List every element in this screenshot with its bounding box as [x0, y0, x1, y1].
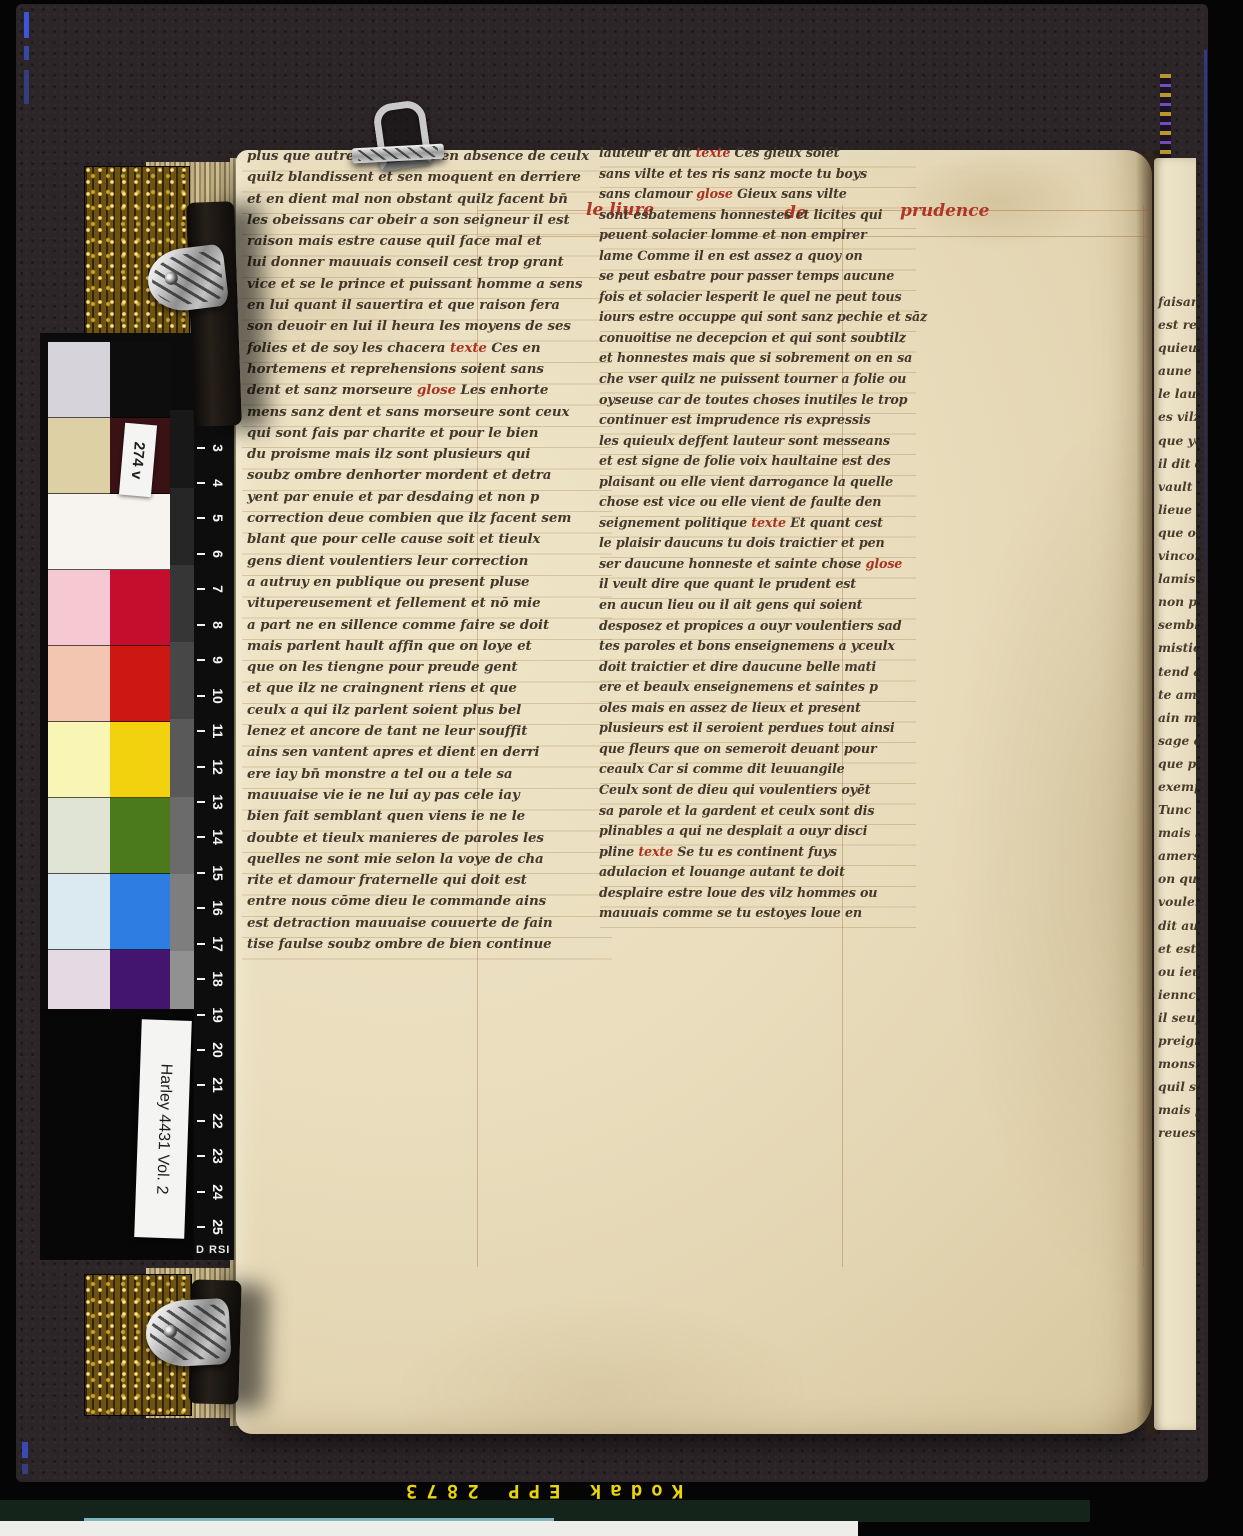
- facing-page-line: que par celle: [1158, 752, 1196, 775]
- facing-page-line: il dit dire que: [1158, 452, 1196, 475]
- manuscript-line: son deuoir en lui il heura les moyens de…: [247, 316, 609, 337]
- ruler-tick: [197, 907, 205, 909]
- manuscript-line: lame Comme il en est assez a quoy on: [599, 246, 909, 267]
- ruler-number: 25: [210, 1219, 226, 1235]
- manuscript-line: continuer est imprudence ris expressis: [599, 410, 909, 431]
- ruler-number: 20: [210, 1042, 226, 1058]
- manuscript-line: a part ne en sillence comme faire se doi…: [247, 615, 609, 636]
- film-corner-mark: [24, 70, 29, 104]
- facing-page-line: mistie car am: [1158, 636, 1196, 659]
- grayscale-step: [170, 874, 194, 951]
- film-corner-mark: [22, 1442, 28, 1458]
- ruler-row: 12: [194, 749, 234, 784]
- manuscript-line: lui donner mauuais conseil cest trop gra…: [247, 252, 609, 273]
- color-patch: [110, 722, 170, 798]
- ruler-tick: [197, 872, 205, 874]
- ruler-tick: [197, 978, 205, 980]
- manuscript-line: iours estre occuppe qui sont sanz pechie…: [599, 307, 909, 328]
- color-patch: [110, 494, 170, 570]
- facing-page-line: quieulx les pr: [1158, 336, 1196, 359]
- ruler-row: 4: [194, 465, 234, 500]
- ruler-number: 14: [210, 829, 226, 845]
- manuscript-line: tise faulse soubz ombre de bien continue: [247, 934, 609, 955]
- color-patch: [48, 722, 110, 798]
- ruler-row: 5: [194, 501, 234, 536]
- ruler-row: 6: [194, 536, 234, 571]
- facing-page-line: iennce aucun: [1158, 983, 1196, 1006]
- facing-page-line: et est bn̄ des d: [1158, 937, 1196, 960]
- manuscript-line: soubz ombre denhorter mordent et detra: [247, 465, 609, 486]
- film-corner-mark: [24, 46, 29, 60]
- color-patch-column-left: [48, 342, 110, 1026]
- rubric-word: texte: [638, 844, 673, 859]
- manuscript-line: lauteur et dit texte Ces gieux soiēt: [599, 143, 909, 164]
- manuscript-line: que fleurs que on semeroit deuant pour: [599, 739, 909, 760]
- facing-page-line: vincore laucte: [1158, 544, 1196, 567]
- manuscript-line: que on les tiengne pour preude gent: [247, 657, 609, 678]
- manuscript-line: ere iay bn̄ monstre a tel ou a tele sa: [247, 764, 609, 785]
- film-corner-mark: [24, 12, 29, 38]
- manuscript-line: mais parlent hault affin que on loye et: [247, 636, 609, 657]
- ruler-number: 19: [210, 1007, 226, 1023]
- facing-page-line: es vilz hom̄e: [1158, 405, 1196, 428]
- manuscript-line: vitupereusement et fellement et nō mie: [247, 593, 609, 614]
- ruler-row: 10: [194, 678, 234, 713]
- facing-page-line: monstre de te: [1158, 1052, 1196, 1075]
- ruler-tick: [197, 517, 205, 519]
- facing-page-line: est rebouter le: [1158, 313, 1196, 336]
- manuscript-line: hortemens et reprehensions soient sans: [247, 359, 609, 380]
- ruler-row: 17: [194, 926, 234, 961]
- ruler-number: 18: [210, 971, 226, 987]
- ruler-number: 23: [210, 1148, 226, 1164]
- facing-page-line: le laucteur le: [1158, 382, 1196, 405]
- ruler-tick: [197, 588, 205, 590]
- ruler-number: 24: [210, 1184, 226, 1200]
- manuscript-line: et en dient mal non obstant quilz facent…: [247, 189, 609, 210]
- rubric-word: texte: [450, 340, 487, 356]
- facing-page-line: faisant vilte e: [1158, 290, 1196, 313]
- manuscript-line: gens dient voulentiers leur correction: [247, 551, 609, 572]
- facing-page-line: aune volupte: [1158, 359, 1196, 382]
- ruler-tick: [197, 1120, 205, 1122]
- manuscript-line: correction deue combien que ilz facent s…: [247, 508, 609, 529]
- manuscript-line: peuent solacier lomme et non empirer: [599, 225, 909, 246]
- color-patch: [48, 494, 110, 570]
- manuscript-line: en lui quant il sauertira et que raison …: [247, 295, 609, 316]
- color-patch: [110, 798, 170, 874]
- ruler-row: 15: [194, 855, 234, 890]
- folio-number-label: 274 v: [128, 441, 148, 480]
- ruler-row: 19: [194, 997, 234, 1032]
- ruler-tick: [197, 1155, 205, 1157]
- ruler-row: 22: [194, 1103, 234, 1138]
- manuscript-line: sont esbatemens honnestes et licites qui: [599, 205, 909, 226]
- manuscript-line: plinables a qui ne desplait a ouyr disci: [599, 821, 909, 842]
- ruler-row: 9: [194, 643, 234, 678]
- ruler-row: 8: [194, 607, 234, 642]
- manuscript-line: sans vilte et tes ris sanz mocte tu boys: [599, 164, 909, 185]
- color-patch: [110, 570, 170, 646]
- manuscript-line: oyseuse car de toutes choses inutiles le…: [599, 390, 909, 411]
- ruler-tick: [197, 624, 205, 626]
- manuscript-line: ains sen vantent apres et dient en derri: [247, 742, 609, 763]
- shelfmark-label: Harley 4431 Vol. 2: [152, 1063, 175, 1194]
- manuscript-line: doit traictier et dire daucune belle mat…: [599, 657, 909, 678]
- manuscript-line: est detraction mauuaise couuerte de fain: [247, 913, 609, 934]
- ruler-number: 8: [210, 617, 226, 633]
- facing-page-line: non par blan: [1158, 590, 1196, 613]
- ruler-row: 11: [194, 713, 234, 748]
- facing-page-line: lieue par aucu: [1158, 498, 1196, 521]
- ruler-number: 15: [210, 865, 226, 881]
- retaining-strap-top: [186, 201, 242, 427]
- facing-page-line: exemple a aut: [1158, 775, 1196, 798]
- clip-grip-stripes: [149, 1304, 228, 1362]
- ruler-tick: [197, 1049, 205, 1051]
- manuscript-line: tes paroles et bons enseignemens a yceul…: [599, 636, 909, 657]
- text-column-2: lauteur et dit texte Ces gieux soiētsans…: [599, 143, 909, 924]
- manuscript-photograph: faisant vilte eest rebouter lequieulx le…: [0, 0, 1243, 1536]
- manuscript-line: entre nous cōme dieu le commande ains: [247, 891, 609, 912]
- text-column-1: plus que autre mesdisans en absence de c…: [247, 146, 609, 955]
- ruler-tick: [197, 553, 205, 555]
- manuscript-line: mens sanz dent et sans morseure sont ceu…: [247, 402, 609, 423]
- manuscript-line: quelles ne sont mie selon la voye de cha: [247, 849, 609, 870]
- ruler-tick: [197, 659, 205, 661]
- grayscale-step: [170, 719, 194, 796]
- ruler-number: 10: [210, 688, 226, 704]
- ruler-row: 7: [194, 572, 234, 607]
- facing-page-line: quil se retienn: [1158, 1075, 1196, 1098]
- manuscript-line: il veult dire que quant le prudent est: [599, 574, 909, 595]
- rubric-word: glose: [417, 382, 456, 398]
- facing-page-line: ou ieune hom: [1158, 960, 1196, 983]
- manuscript-line: du proisme mais ilz sont plusieurs qui: [247, 444, 609, 465]
- grayscale-step: [170, 488, 194, 565]
- manuscript-line: sa parole et la gardent et ceulx sont di…: [599, 801, 909, 822]
- color-patch: [110, 342, 170, 418]
- manuscript-line: a autruy en publique ou present pluse: [247, 572, 609, 593]
- manuscript-line: qui sont fais par charite et pour le bie…: [247, 423, 609, 444]
- manuscript-line: ere et beaulx enseignemens et saintes p: [599, 677, 909, 698]
- manuscript-line: vice et se le prince et puissant homme a…: [247, 274, 609, 295]
- manuscript-line: et est signe de folie voix haultaine est…: [599, 451, 909, 472]
- ruler-row: 20: [194, 1032, 234, 1067]
- facing-page-line: mais les blan: [1158, 821, 1196, 844]
- facing-page-line: que yceulx fla: [1158, 429, 1196, 452]
- ruler-footer-text: D RSI: [196, 1244, 230, 1256]
- ruler-number: 9: [210, 652, 226, 668]
- ruler-tick: [197, 836, 205, 838]
- running-header-right: prudence: [900, 201, 989, 221]
- manuscript-line: blant que pour celle cause soit et tieul…: [247, 529, 609, 550]
- ruler-number: 12: [210, 759, 226, 775]
- manuscript-line: se peut esbatre pour passer temps aucune: [599, 266, 909, 287]
- ruler-number: 5: [210, 510, 226, 526]
- color-patch: [48, 874, 110, 950]
- manuscript-line: rite et damour fraternelle qui doit est: [247, 870, 609, 891]
- ruler-number: 13: [210, 794, 226, 810]
- facing-page-line: il seuffre debo: [1158, 1006, 1196, 1029]
- manuscript-line: che vser quilz ne puissent tourner a fol…: [599, 369, 909, 390]
- manuscript-line: dent et sanz morseure glose Les enhorte: [247, 380, 609, 401]
- manuscript-line: les quieulx deffent lauteur sont messean…: [599, 431, 909, 452]
- facing-page-line: amers se dou: [1158, 844, 1196, 867]
- facing-page-line: Tunc cum m: [1158, 798, 1196, 821]
- manuscript-line: le plaisir daucuns tu dois traictier et …: [599, 533, 909, 554]
- ruler-tick: [197, 482, 205, 484]
- grayscale-step: [170, 410, 194, 487]
- facing-page-line: tend a bonne f: [1158, 660, 1196, 683]
- ruler-tick: [197, 1084, 205, 1086]
- ruler-row: 25: [194, 1210, 234, 1245]
- manuscript-line: et que ilz ne craingnent riens et que: [247, 678, 609, 699]
- ruler-number: 6: [210, 546, 226, 562]
- ruler-row: 3: [194, 430, 234, 465]
- manuscript-line: raison mais estre cause quil face mal et: [247, 231, 609, 252]
- facing-page-line: on que celluy: [1158, 867, 1196, 890]
- ruler-number: 21: [210, 1077, 226, 1093]
- manuscript-line: sans clamour glose Gieux sans vilte: [599, 184, 909, 205]
- scan-mat-edge: [0, 1521, 858, 1536]
- manuscript-line: Ceulx sont de dieu qui voulentiers oyēt: [599, 780, 909, 801]
- ruler-row: 13: [194, 784, 234, 819]
- ruler-row: 24: [194, 1174, 234, 1209]
- ruling-line: [1143, 205, 1144, 1267]
- ruler-tick: [197, 1014, 205, 1016]
- facing-page-line: semblant ne d: [1158, 613, 1196, 636]
- manuscript-line: desposez et propices a ouyr voulentiers …: [599, 616, 909, 637]
- manuscript-line: fois et solacier lesperit le quel ne peu…: [599, 287, 909, 308]
- ruler-number: 3: [210, 440, 226, 456]
- rubric-word: texte: [696, 145, 731, 160]
- manuscript-line: conuoitise ne decepcion et qui sont soub…: [599, 328, 909, 349]
- color-patch: [48, 646, 110, 722]
- facing-page-line: te amour am: [1158, 683, 1196, 706]
- color-patch: [48, 798, 110, 874]
- manuscript-line: plaisant ou elle vient darrogance la que…: [599, 472, 909, 493]
- color-patch: [48, 342, 110, 418]
- manuscript-line: quilz blandissent et sen moquent en derr…: [247, 167, 609, 188]
- manuscript-line: en aucun lieu ou il ait gens qui soient: [599, 595, 909, 616]
- manuscript-line: ceulx a qui ilz parlent soient plus bel: [247, 700, 609, 721]
- manuscript-line: lenez et ancore de tant ne leur souffit: [247, 721, 609, 742]
- ruler-tick: [197, 695, 205, 697]
- ruler-number: 11: [210, 723, 226, 739]
- color-patch: [48, 418, 110, 494]
- clip-grip-stripes: [149, 250, 225, 308]
- manuscript-line: chose est vice ou elle vient de faulte d…: [599, 492, 909, 513]
- film-edge-text: Kodak EPP 2873: [330, 1476, 750, 1506]
- ruler-number: 17: [210, 936, 226, 952]
- manuscript-line: bien fait semblant quen viens ie ne le: [247, 806, 609, 827]
- manuscript-line: pline texte Se tu es continent fuys: [599, 842, 909, 863]
- ruler-number: 7: [210, 581, 226, 597]
- ruler-number: 4: [210, 475, 226, 491]
- clip-grip-stripes: [358, 146, 438, 161]
- ruler-tick: [197, 1191, 205, 1193]
- grayscale-step: [170, 797, 194, 874]
- color-patch: [110, 874, 170, 950]
- facing-page-edge: faisant vilte eest rebouter lequieulx le…: [1154, 158, 1196, 1430]
- shelfmark-sticker: Harley 4431 Vol. 2: [134, 1019, 192, 1239]
- manuscript-line: oles mais en assez de lieux et present: [599, 698, 909, 719]
- ruler-scale: 1234567891011121314151617181920212223242…: [194, 359, 234, 1245]
- ruler-number: 22: [210, 1113, 226, 1129]
- manuscript-line: ceaulx Car si comme dit leuuangile: [599, 759, 909, 780]
- grayscale-step: [170, 565, 194, 642]
- ruler: 1234567891011121314151617181920212223242…: [194, 333, 234, 1260]
- manuscript-line: seignement politique texte Et quant cest: [599, 513, 909, 534]
- manuscript-line: doubte et tieulx manieres de paroles les: [247, 828, 609, 849]
- ruler-tick: [197, 801, 205, 803]
- manuscript-line: yent par enuie et par desdaing et non p: [247, 487, 609, 508]
- ruler-row: 23: [194, 1139, 234, 1174]
- ruler-tick: [197, 766, 205, 768]
- ruler-row: 21: [194, 1068, 234, 1103]
- manuscript-line: plusieurs est il seroient perdues tout a…: [599, 718, 909, 739]
- facing-page-line: sage et auffine: [1158, 729, 1196, 752]
- ruler-number: 16: [210, 900, 226, 916]
- color-patch: [110, 646, 170, 722]
- facing-page-line: reuesche et m: [1158, 1121, 1196, 1144]
- ruler-row: 16: [194, 891, 234, 926]
- facing-page-line: voulentiers d: [1158, 890, 1196, 913]
- manuscript-line: mauuaise vie ie ne lui ay pas cele iay: [247, 785, 609, 806]
- manuscript-line: adulacion et louange autant te doit: [599, 862, 909, 883]
- facing-page-line: dit aucer que: [1158, 914, 1196, 937]
- facing-page-text: faisant vilte eest rebouter lequieulx le…: [1154, 158, 1196, 1144]
- facing-page-line: ain malice e: [1158, 706, 1196, 729]
- ruler-tick: [197, 943, 205, 945]
- facing-page-line: mais par loppo: [1158, 1098, 1196, 1121]
- film-corner-mark: [22, 1464, 28, 1474]
- manuscript-line: desplaire estre loue des vilz hommes ou: [599, 883, 909, 904]
- rubric-word: texte: [751, 515, 786, 530]
- manuscript-line: et honnestes mais que si sobrement on en…: [599, 348, 909, 369]
- color-patch: [48, 570, 110, 646]
- facing-page-line: lamistie dauc: [1158, 567, 1196, 590]
- grayscale-step: [170, 642, 194, 719]
- ruler-tick: [197, 1226, 205, 1228]
- film-edge-blue-line: [1204, 50, 1207, 640]
- facing-page-line: preigne r quel: [1158, 1029, 1196, 1052]
- ruler-row: 14: [194, 820, 234, 855]
- manuscript-line: mauuais comme se tu estoyes loue en: [599, 903, 909, 924]
- manuscript-line: les obeissans car obeir a son seigneur i…: [247, 210, 609, 231]
- ruler-row: 18: [194, 961, 234, 996]
- ruler-tick: [197, 447, 205, 449]
- folio-number-sticker: 274 v: [119, 423, 157, 498]
- rubric-word: glose: [696, 186, 733, 201]
- facing-page-line: vault blasme e: [1158, 475, 1196, 498]
- manuscript-line: folies et de soy les chacera texte Ces e…: [247, 338, 609, 359]
- facing-page-line: que on les doi: [1158, 521, 1196, 544]
- rubric-word: glose: [866, 556, 903, 571]
- manuscript-line: ser daucune honneste et sainte chose glo…: [599, 554, 909, 575]
- ruler-tick: [197, 730, 205, 732]
